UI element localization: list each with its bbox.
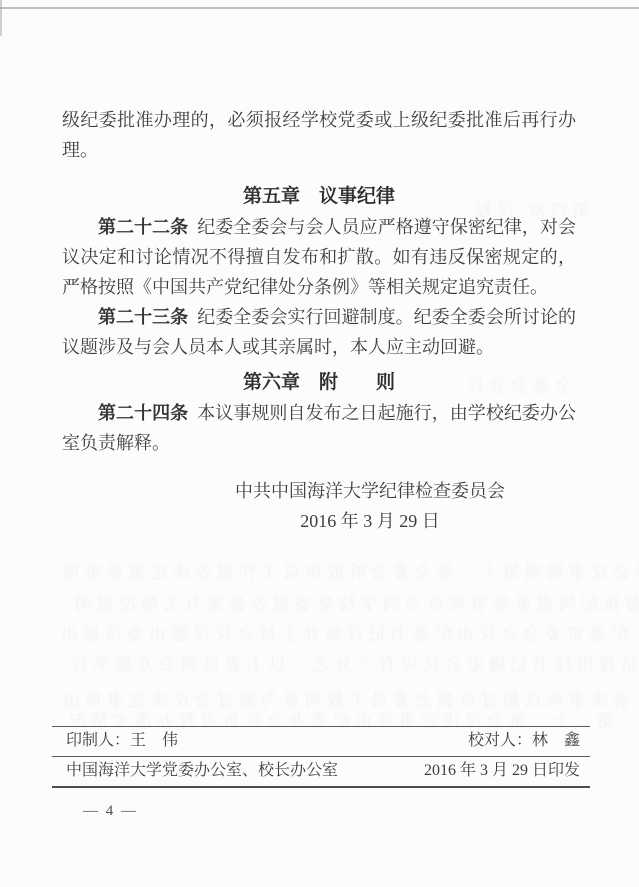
signature-date: 2016 年 3 月 29 日: [200, 506, 540, 536]
signature-block: 中共中国海洋大学纪律检查委员会 2016 年 3 月 29 日: [200, 476, 540, 536]
bleedthrough-line: 委员提出经书记确定会议应有三分之二以上委员到会方能举行: [66, 650, 639, 675]
page-number: — 4 —: [83, 803, 138, 820]
article-22-paragraph: 第二十二条纪委全委会与会人员应严格遵守保密纪律，对会议决定和讨论情况不得擅自发布…: [62, 212, 576, 302]
paragraph-continuation: 级纪委批准办理的，必须报经学校党委或上级纪委批准后再行办理。: [62, 105, 576, 165]
scanned-page: 委会议事规则第十一条全委会听取审议工作报告决定重要事项 监督执纪问责重要事项应当…: [0, 0, 639, 887]
article-23-label: 第二十三条: [98, 307, 188, 327]
bleedthrough-line: 纪委常委会会议由纪委书记召集并主持会议议题由委员提出: [56, 620, 628, 645]
article-22-label: 第二十二条: [98, 217, 188, 237]
printer-name: 印制人：王 伟: [66, 731, 178, 751]
imprint-row-people: 印制人：王 伟 校对人：林 鑫: [52, 727, 590, 757]
imprint-row-issue: 中国海洋大学党委办公室、校长办公室 2016 年 3 月 29 日印发: [52, 757, 590, 788]
article-24-paragraph: 第二十四条本议事规则自发布之日起施行，由学校纪委办公室负责解释。: [62, 398, 576, 458]
article-24-label: 第二十四条: [98, 403, 188, 423]
issue-date: 2016 年 3 月 29 日印发: [424, 761, 580, 781]
bleedthrough-line: 监督执纪问责重要事项应当向学校党委报告备案有关情况说明: [70, 590, 639, 615]
chapter-5-heading: 第五章 议事纪律: [62, 182, 576, 212]
document-body: 级纪委批准办理的，必须报经学校党委或上级纪委批准后再行办理。 第五章 议事纪律 …: [62, 105, 576, 536]
chapter-6-heading: 第六章 附 则: [62, 368, 576, 398]
issuing-office: 中国海洋大学党委办公室、校长办公室: [66, 761, 338, 781]
signature-org: 中共中国海洋大学纪律检查委员会: [200, 476, 540, 506]
scan-edge-artifact-left: [0, 0, 2, 36]
bleedthrough-line: 表决事项以超过应到会委员半数同意为通过会议决定事项由: [58, 686, 630, 711]
scan-edge-artifact: [0, 7, 639, 9]
article-23-paragraph: 第二十三条纪委全委会实行回避制度。纪委全委会所讨论的议题涉及与会人员本人或其亲属…: [62, 302, 576, 362]
bleedthrough-line: 委会议事规则第十一条全委会听取审议工作报告决定重要事项: [58, 558, 639, 583]
proofreader-name: 校对人：林 鑫: [468, 731, 580, 751]
imprint-footer: 印制人：王 伟 校对人：林 鑫 中国海洋大学党委办公室、校长办公室 2016 年…: [52, 726, 590, 788]
